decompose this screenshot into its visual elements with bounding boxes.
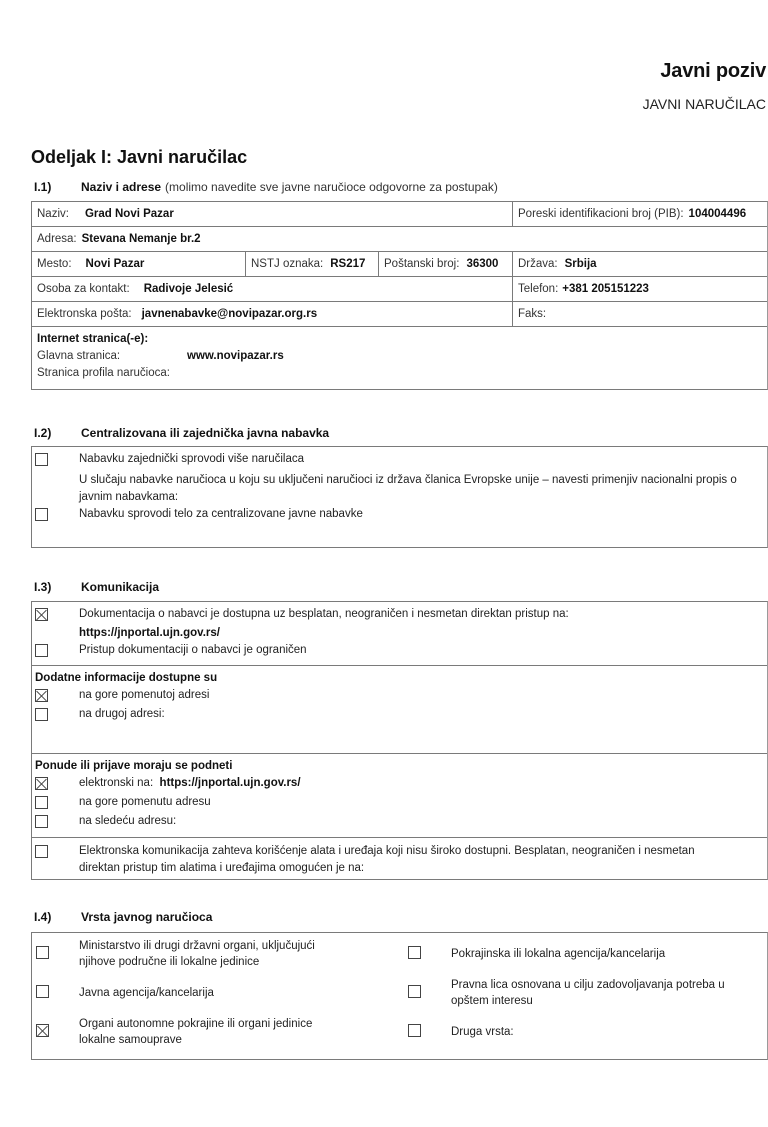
section-title: Odeljak I: Javni naručilac (31, 147, 247, 168)
option-submit-following-address[interactable]: na sledeću adresu: (32, 813, 767, 832)
documentation-part: Dokumentacija o nabavci je dostupna uz b… (32, 602, 767, 666)
adresa-value: Stevana Nemanje br.2 (82, 233, 201, 245)
document-subtitle: JAVNI NARUČILAC (643, 96, 766, 112)
email-cell: Elektronska pošta: javnenabavke@novipaza… (32, 302, 513, 326)
communication-box: Dokumentacija o nabavci je dostupna uz b… (31, 601, 768, 880)
option-doc-access[interactable]: Dokumentacija o nabavci je dostupna uz b… (32, 606, 767, 625)
option-submit-same-address[interactable]: na gore pomenutu adresu (32, 794, 767, 813)
option-label: Nabavku sprovodi telo za centralizovane … (79, 506, 767, 523)
table-row: Adresa: Stevana Nemanje br.2 (32, 227, 767, 252)
tools-part: Elektronska komunikacija zahteva korišće… (32, 838, 767, 877)
document-title: Javni poziv (660, 60, 766, 83)
option-label: Pravna lica osnovana u cilju zadovoljava… (451, 977, 736, 1009)
subsection-title: Komunikacija (81, 580, 159, 594)
subsection-number: I.4) (34, 910, 81, 924)
option-label: elektronski na: (79, 777, 153, 789)
mesto-value: Novi Pazar (86, 258, 145, 270)
option-label: na gore pomenutu adresu (79, 794, 767, 811)
option-label: Druga vrsta: (451, 1024, 514, 1040)
subsection-number: I.3) (34, 580, 81, 594)
option-info-same-address[interactable]: na gore pomenutoj adresi (32, 687, 767, 706)
naziv-label: Naziv: (37, 208, 69, 220)
faks-label: Faks: (518, 308, 546, 320)
checked-checkbox[interactable] (35, 608, 48, 621)
type-option[interactable]: Javna agencija/kancelarija (32, 975, 404, 1011)
subsection-note: (molimo navedite sve javne naručioce odg… (165, 180, 498, 194)
contracting-authority-type-box: Ministarstvo ili drugi državni organi, u… (31, 932, 768, 1060)
group-heading: Ponude ili prijave moraju se podneti (32, 758, 767, 775)
checked-checkbox[interactable] (35, 689, 48, 702)
subsection-header-i4: I.4) Vrsta javnog naručioca (34, 910, 212, 924)
option-label: Elektronska komunikacija zahteva korišće… (79, 843, 767, 877)
type-option[interactable]: Pravna lica osnovana u cilju zadovoljava… (404, 975, 767, 1011)
type-option[interactable]: Druga vrsta: (404, 1011, 767, 1053)
subsection-title: Naziv i adrese (81, 180, 161, 194)
checked-checkbox[interactable] (35, 777, 48, 790)
subsection-title: Vrsta javnog naručioca (81, 910, 212, 924)
option-submit-electronic[interactable]: elektronski na: https://jnportal.ujn.gov… (32, 775, 767, 794)
addresses-table: Naziv: Grad Novi Pazar Poreski identifik… (31, 201, 768, 390)
checkbox[interactable] (408, 946, 421, 959)
option-label: na gore pomenutoj adresi (79, 687, 767, 704)
subsection-number: I.2) (34, 426, 81, 440)
option-label: Dokumentacija o nabavci je dostupna uz b… (79, 606, 767, 623)
postanski-value: 36300 (466, 258, 498, 270)
naziv-cell: Naziv: Grad Novi Pazar (32, 202, 513, 226)
mesto-cell: Mesto: Novi Pazar (32, 252, 246, 276)
checkbox[interactable] (36, 946, 49, 959)
submission-part: Ponude ili prijave moraju se podneti ele… (32, 754, 767, 838)
drzava-cell: Država: Srbija (513, 252, 767, 276)
mesto-label: Mesto: (37, 258, 72, 270)
checkbox[interactable] (408, 1024, 421, 1037)
checkbox[interactable] (35, 453, 48, 466)
type-column-right: Pokrajinska ili lokalna agencija/kancela… (404, 933, 767, 1059)
checkbox[interactable] (36, 985, 49, 998)
type-column-left: Ministarstvo ili drugi državni organi, u… (32, 933, 404, 1059)
nstj-label: NSTJ oznaka: (251, 258, 323, 270)
kontakt-cell: Osoba za kontakt: Radivoje Jelesić (32, 277, 513, 301)
checkbox[interactable] (35, 708, 48, 721)
option-label: na sledeću adresu: (79, 813, 767, 830)
centralized-procurement-box: Nabavku zajednički sprovodi više naručil… (31, 446, 768, 548)
option-special-tools[interactable]: Elektronska komunikacija zahteva korišće… (32, 843, 767, 877)
checkbox[interactable] (408, 985, 421, 998)
internet-label: Internet stranica(-e): (37, 331, 762, 348)
kontakt-label: Osoba za kontakt: (37, 283, 130, 295)
checkbox[interactable] (35, 644, 48, 657)
option-label: Organi autonomne pokrajine ili organi je… (79, 1016, 339, 1048)
table-row: Mesto: Novi Pazar NSTJ oznaka: RS217 Poš… (32, 252, 767, 277)
table-row: Elektronska pošta: javnenabavke@novipaza… (32, 302, 767, 327)
submit-url[interactable]: https://jnportal.ujn.gov.rs/ (160, 777, 301, 789)
table-row: Osoba za kontakt: Radivoje Jelesić Telef… (32, 277, 767, 302)
checkbox[interactable] (35, 845, 48, 858)
type-option[interactable]: Pokrajinska ili lokalna agencija/kancela… (404, 933, 767, 975)
telefon-cell: Telefon: +381 205151223 (513, 277, 767, 301)
kontakt-value: Radivoje Jelesić (144, 283, 234, 295)
glavna-stranica-line: Glavna stranica:www.novipazar.rs (37, 348, 762, 365)
faks-cell: Faks: (513, 302, 767, 326)
option-central-body[interactable]: Nabavku sprovodi telo za centralizovane … (32, 506, 767, 525)
eu-note: U slučaju nabavke naručioca u koju su uk… (32, 472, 767, 506)
checked-checkbox[interactable] (36, 1024, 49, 1037)
nstj-value: RS217 (330, 258, 365, 270)
internet-row: Internet stranica(-e): Glavna stranica:w… (32, 327, 767, 389)
doc-url[interactable]: https://jnportal.ujn.gov.rs/ (32, 625, 767, 642)
adresa-cell: Adresa: Stevana Nemanje br.2 (32, 227, 767, 251)
checkbox[interactable] (35, 508, 48, 521)
additional-info-part: Dodatne informacije dostupne su na gore … (32, 666, 767, 754)
subsection-title: Centralizovana ili zajednička javna naba… (81, 426, 329, 440)
subsection-header-i3: I.3) Komunikacija (34, 580, 159, 594)
glavna-value: www.novipazar.rs (187, 350, 284, 362)
postanski-label: Poštanski broj: (384, 258, 459, 270)
telefon-label: Telefon: (518, 283, 558, 295)
adresa-label: Adresa: (37, 233, 77, 245)
email-value: javnenabavke@novipazar.org.rs (142, 308, 317, 320)
pib-value: 104004496 (689, 208, 747, 220)
pib-cell: Poreski identifikacioni broj (PIB): 1040… (513, 202, 767, 226)
option-label: Ministarstvo ili drugi državni organi, u… (79, 938, 349, 970)
email-label: Elektronska pošta: (37, 308, 132, 320)
subsection-number: I.1) (34, 180, 81, 194)
telefon-value: +381 205151223 (562, 283, 649, 295)
drzava-label: Država: (518, 258, 558, 270)
option-label: Pristup dokumentaciji o nabavci je ogran… (79, 642, 767, 659)
subsection-header-i1: I.1) Naziv i adrese (molimo navedite sve… (34, 180, 498, 194)
table-row: Naziv: Grad Novi Pazar Poreski identifik… (32, 202, 767, 227)
postanski-cell: Poštanski broj: 36300 (379, 252, 513, 276)
option-label: na drugoj adresi: (79, 706, 767, 723)
subsection-header-i2: I.2) Centralizovana ili zajednička javna… (34, 426, 329, 440)
type-option[interactable]: Ministarstvo ili drugi državni organi, u… (32, 933, 404, 975)
type-option[interactable]: Organi autonomne pokrajine ili organi je… (32, 1011, 404, 1053)
drzava-value: Srbija (565, 258, 597, 270)
profil-label: Stranica profila naručioca: (37, 367, 170, 379)
option-info-other-address[interactable]: na drugoj adresi: (32, 706, 767, 725)
checkbox[interactable] (35, 815, 48, 828)
option-label: Javna agencija/kancelarija (79, 985, 214, 1001)
group-heading: Dodatne informacije dostupne su (32, 670, 767, 687)
nstj-cell: NSTJ oznaka: RS217 (246, 252, 379, 276)
option-label: Nabavku zajednički sprovodi više naručil… (79, 451, 767, 468)
glavna-label: Glavna stranica: (37, 348, 187, 365)
checkbox[interactable] (35, 796, 48, 809)
option-label: Pokrajinska ili lokalna agencija/kancela… (451, 946, 665, 962)
pib-label: Poreski identifikacioni broj (PIB): (518, 208, 684, 220)
option-doc-restricted[interactable]: Pristup dokumentaciji o nabavci je ogran… (32, 642, 767, 661)
naziv-value: Grad Novi Pazar (85, 208, 174, 220)
profil-stranica-line: Stranica profila naručioca: (37, 365, 762, 382)
option-joint-procurement[interactable]: Nabavku zajednički sprovodi više naručil… (32, 451, 767, 470)
